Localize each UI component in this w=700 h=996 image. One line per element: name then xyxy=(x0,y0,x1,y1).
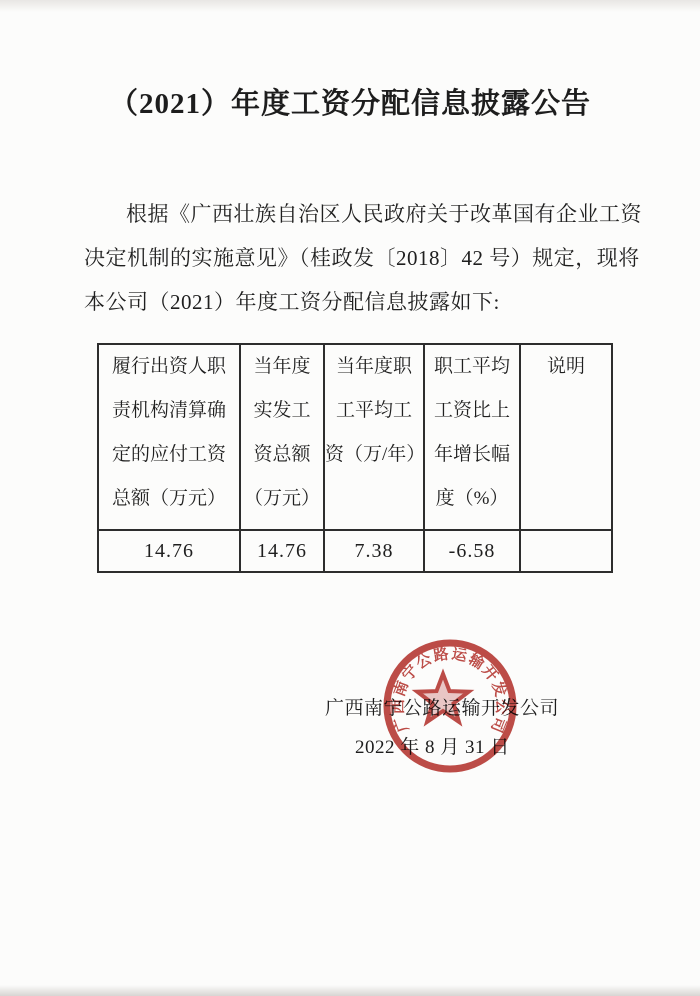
seal-arc-text: 广西南宁公路运输开发公司 xyxy=(390,644,511,736)
header-cell-growth-rate: 职工平均 工资比上 年增长幅 度（%） xyxy=(424,344,520,530)
scanned-document-page: （2021）年度工资分配信息披露公告 根据《广西壮族自治区人民政府关于改革国有企… xyxy=(0,0,700,996)
table-header-row: 履行出资人职 责机构清算确 定的应付工资 总额（万元） 当年度 实发工 资总额 … xyxy=(98,344,612,530)
header-cell-payable-total: 履行出资人职 责机构清算确 定的应付工资 总额（万元） xyxy=(98,344,240,530)
scan-artifact-top xyxy=(0,0,700,12)
signature-company-name: 广西南宁公路运输开发公司 xyxy=(325,693,559,720)
value-cell-remarks xyxy=(520,530,612,572)
header-cell-average-wage: 当年度职 工平均工 资（万/年） xyxy=(324,344,424,530)
header-cell-remarks: 说明 xyxy=(520,344,612,530)
value-cell-growth-rate: -6.58 xyxy=(424,530,520,572)
header-cell-actual-paid-total: 当年度 实发工 资总额 （万元） xyxy=(240,344,324,530)
wage-disclosure-table: 履行出资人职 责机构清算确 定的应付工资 总额（万元） 当年度 实发工 资总额 … xyxy=(97,343,613,573)
value-cell-actual-paid-total: 14.76 xyxy=(240,530,324,572)
value-cell-payable-total: 14.76 xyxy=(98,530,240,572)
paragraph-line: 根据《广西壮族自治区人民政府关于改革国有企业工资 xyxy=(84,192,600,236)
paragraph-line: 决定机制的实施意见》（桂政发〔2018〕42 号）规定，现将 xyxy=(84,236,600,280)
document-title: （2021）年度工资分配信息披露公告 xyxy=(0,81,700,122)
paragraph-line: 本公司（2021）年度工资分配信息披露如下: xyxy=(84,280,600,324)
signature-date: 2022 年 8 月 31 日 xyxy=(355,732,510,759)
scan-artifact-bottom xyxy=(0,985,700,996)
table-value-row: 14.76 14.76 7.38 -6.58 xyxy=(98,530,612,572)
seal-arc-text-holder: 广西南宁公路运输开发公司 xyxy=(390,644,511,736)
body-paragraph: 根据《广西壮族自治区人民政府关于改革国有企业工资 决定机制的实施意见》（桂政发〔… xyxy=(84,192,600,324)
value-cell-average-wage: 7.38 xyxy=(324,530,424,572)
